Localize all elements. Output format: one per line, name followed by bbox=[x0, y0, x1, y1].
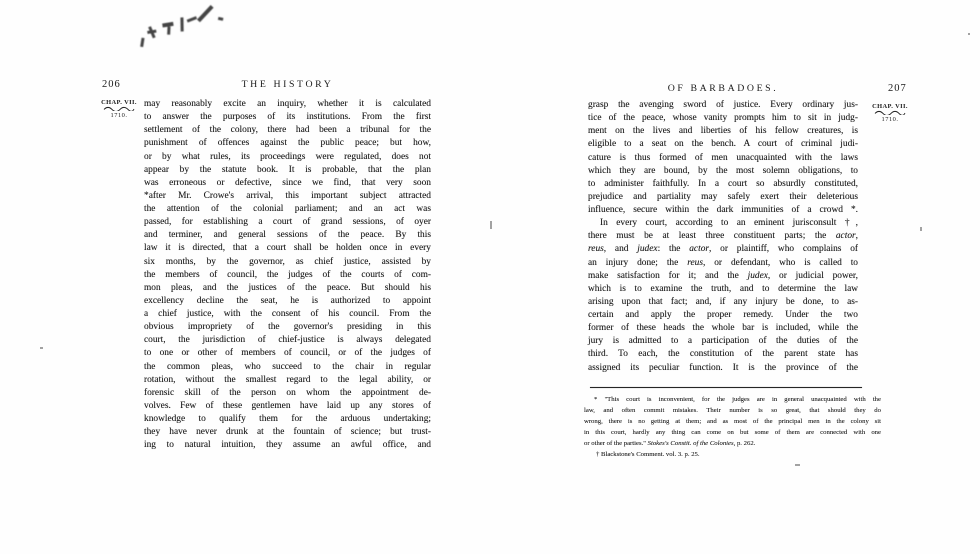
left-running-title: THE HISTORY bbox=[144, 79, 431, 90]
text-line: the attention of the colonial parliament… bbox=[144, 203, 431, 216]
text-line: or other of the parties." Stokes's Const… bbox=[584, 439, 881, 450]
text-line: law, and often commit mistakes. Their nu… bbox=[584, 406, 881, 417]
left-year-label: 1710. bbox=[95, 112, 143, 120]
text-line: ing to natural intuition, they assume an… bbox=[144, 439, 431, 452]
text-line: ment on the lives and liberties of his f… bbox=[588, 125, 858, 138]
scan-speck bbox=[490, 221, 492, 229]
text-line: knowledge to qualify them for the arduou… bbox=[144, 413, 431, 426]
text-line: * "This court is inconvenient, for the j… bbox=[584, 395, 881, 406]
text-line: third. To each, the constitution of the … bbox=[588, 348, 858, 361]
right-chapter-label: CHAP. VII. bbox=[872, 103, 908, 110]
text-line: settlement of the colony, there had been… bbox=[144, 124, 431, 137]
text-line: influence, secure within the dark immuni… bbox=[588, 204, 858, 217]
text-line: an injury done; the reus, or defendant, … bbox=[588, 257, 858, 270]
text-line: prejudice and partiality may safely exer… bbox=[588, 191, 858, 204]
text-line: to administer faithfully. In a court so … bbox=[588, 178, 858, 191]
text-line: the members of council, the judges of th… bbox=[144, 269, 431, 282]
text-line: certain and apply the proper remedy. Und… bbox=[588, 309, 858, 322]
text-line: the common pleas, who succeed to the cha… bbox=[144, 361, 431, 374]
scan-speck bbox=[795, 464, 800, 466]
brace-squiggle-icon bbox=[874, 110, 906, 115]
ink-smudge-artifact bbox=[129, 1, 255, 65]
text-line: law it is directed, that a court shall b… bbox=[144, 242, 431, 255]
text-line: make satisfaction for it; and the judex,… bbox=[588, 270, 858, 283]
text-line: jury is admitted to a participation of t… bbox=[588, 335, 858, 348]
left-page-number: 206 bbox=[102, 79, 121, 90]
text-line: eligible to a seat on the bench. A court… bbox=[588, 138, 858, 151]
right-page-number: 207 bbox=[888, 83, 907, 94]
text-line: rotation, without the smallest regard to… bbox=[144, 374, 431, 387]
text-line: to one or other of members of council, o… bbox=[144, 347, 431, 360]
text-line: forensic skill of the person on whom the… bbox=[144, 387, 431, 400]
text-line: † Blackstone's Comment. vol. 3. p. 25. bbox=[584, 450, 881, 461]
text-line: assigned its peculiar function. It is th… bbox=[588, 362, 858, 375]
book-scan-spread: 206 THE HISTORY CHAP. VII. 1710. may rea… bbox=[0, 0, 980, 554]
text-line: in this court, hardly any thing can come… bbox=[584, 428, 881, 439]
scan-speck bbox=[40, 347, 43, 349]
text-line: obvious impropriety of the governor's pr… bbox=[144, 321, 431, 334]
left-page-body: may reasonably excite an inquiry, whethe… bbox=[144, 98, 431, 452]
scan-speck bbox=[920, 227, 922, 231]
text-line: appear by the statute book. It is probab… bbox=[144, 164, 431, 177]
text-line: there must be at least three constituent… bbox=[588, 230, 858, 243]
text-line: tice of the peace, whose vanity prompts … bbox=[588, 112, 858, 125]
text-line: mon pleas, and the justices of the peace… bbox=[144, 282, 431, 295]
text-line: to answer the purposes of its institutio… bbox=[144, 111, 431, 124]
text-line: a chief justice, with the consent of his… bbox=[144, 308, 431, 321]
footnote-separator-rule bbox=[590, 387, 862, 388]
text-line: punishment of offences against the publi… bbox=[144, 137, 431, 150]
text-line: In every court, according to an eminent … bbox=[588, 217, 858, 230]
text-line: was erroneous or defective, since we fin… bbox=[144, 177, 431, 190]
text-line: they have never drunk at the fountain of… bbox=[144, 426, 431, 439]
text-line: *after Mr. Crowe's arrival, this importa… bbox=[144, 190, 431, 203]
right-running-title: OF BARBADOES. bbox=[588, 83, 858, 94]
text-line: or by what rules, its proceedings were r… bbox=[144, 151, 431, 164]
text-line: and terminer, and general sessions of th… bbox=[144, 229, 431, 242]
text-line: cature is thus formed of men unacquainte… bbox=[588, 152, 858, 165]
text-line: court, the jurisdiction of chief-justice… bbox=[144, 334, 431, 347]
text-line: six months, by the governor, as chief ju… bbox=[144, 256, 431, 269]
text-line: former of these heads the whole bar is i… bbox=[588, 322, 858, 335]
brace-squiggle-icon bbox=[103, 106, 135, 111]
left-chapter-label: CHAP. VII. bbox=[101, 99, 137, 106]
text-line: arising upon that fact; and, if any inju… bbox=[588, 296, 858, 309]
right-page-footnotes: * "This court is inconvenient, for the j… bbox=[584, 395, 881, 460]
text-line: may reasonably excite an inquiry, whethe… bbox=[144, 98, 431, 111]
text-line: reus, and judex: the actor, or plaintiff… bbox=[588, 243, 858, 256]
right-page-body: grasp the avenging sword of justice. Eve… bbox=[588, 99, 858, 375]
right-year-label: 1710. bbox=[866, 116, 914, 124]
scan-speck bbox=[968, 33, 970, 35]
text-line: excellency decline the seat, he is autho… bbox=[144, 295, 431, 308]
text-line: which is to examine the truth, and to de… bbox=[588, 283, 858, 296]
text-line: wrong, there is no getting at them; and … bbox=[584, 417, 881, 428]
text-line: grasp the avenging sword of justice. Eve… bbox=[588, 99, 858, 112]
text-line: which they are bound, by the most solemn… bbox=[588, 165, 858, 178]
text-line: volves. Few of these gentlemen have laid… bbox=[144, 400, 431, 413]
left-margin-note: CHAP. VII. 1710. bbox=[95, 96, 143, 120]
right-margin-note: CHAP. VII. 1710. bbox=[866, 100, 914, 124]
text-line: passed, for establishing a court of gran… bbox=[144, 216, 431, 229]
